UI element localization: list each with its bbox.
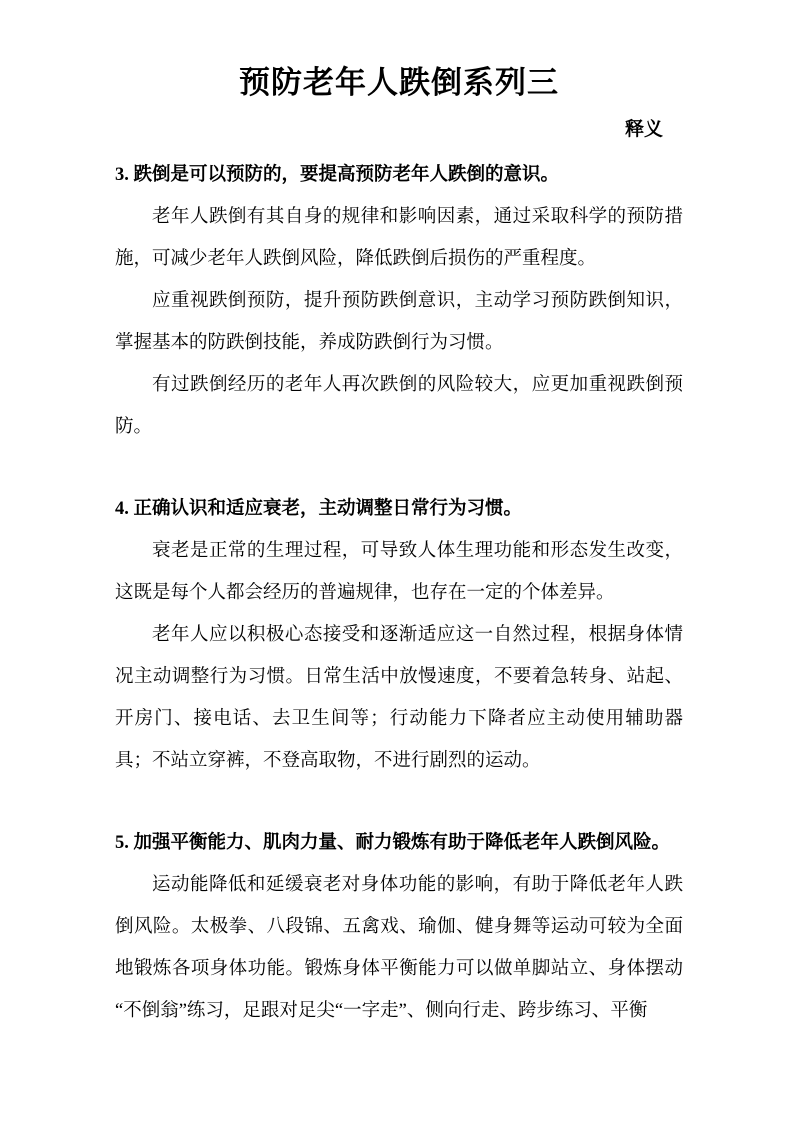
section-3-heading: 3. 跌倒是可以预防的，要提高预防老年人跌倒的意识。	[115, 154, 683, 196]
page-title: 预防老年人跌倒系列三	[115, 64, 683, 102]
section-4: 4. 正确认识和适应衰老，主动调整日常行为习惯。 衰老是正常的生理过程，可导致人…	[115, 488, 683, 782]
section-5-heading: 5. 加强平衡能力、肌肉力量、耐力锻炼有助于降低老年人跌倒风险。	[115, 822, 683, 864]
byline: 释义	[115, 116, 683, 144]
section-4-heading: 4. 正确认识和适应衰老，主动调整日常行为习惯。	[115, 488, 683, 530]
section-4-paragraph-1: 衰老是正常的生理过程，可导致人体生理功能和形态发生改变，这既是每个人都会经历的普…	[115, 530, 683, 614]
section-3: 3. 跌倒是可以预防的，要提高预防老年人跌倒的意识。 老年人跌倒有其自身的规律和…	[115, 154, 683, 448]
section-3-paragraph-1: 老年人跌倒有其自身的规律和影响因素，通过采取科学的预防措施，可减少老年人跌倒风险…	[115, 196, 683, 280]
section-3-paragraph-2: 应重视跌倒预防，提升预防跌倒意识，主动学习预防跌倒知识，掌握基本的防跌倒技能，养…	[115, 280, 683, 364]
section-3-paragraph-3: 有过跌倒经历的老年人再次跌倒的风险较大，应更加重视跌倒预防。	[115, 364, 683, 448]
section-5-paragraph-1: 运动能降低和延缓衰老对身体功能的影响，有助于降低老年人跌倒风险。太极拳、八段锦、…	[115, 864, 683, 1032]
section-5: 5. 加强平衡能力、肌肉力量、耐力锻炼有助于降低老年人跌倒风险。 运动能降低和延…	[115, 822, 683, 1032]
section-4-paragraph-2: 老年人应以积极心态接受和逐渐适应这一自然过程，根据身体情况主动调整行为习惯。日常…	[115, 614, 683, 782]
document-page: 预防老年人跌倒系列三 释义 3. 跌倒是可以预防的，要提高预防老年人跌倒的意识。…	[0, 0, 793, 1122]
